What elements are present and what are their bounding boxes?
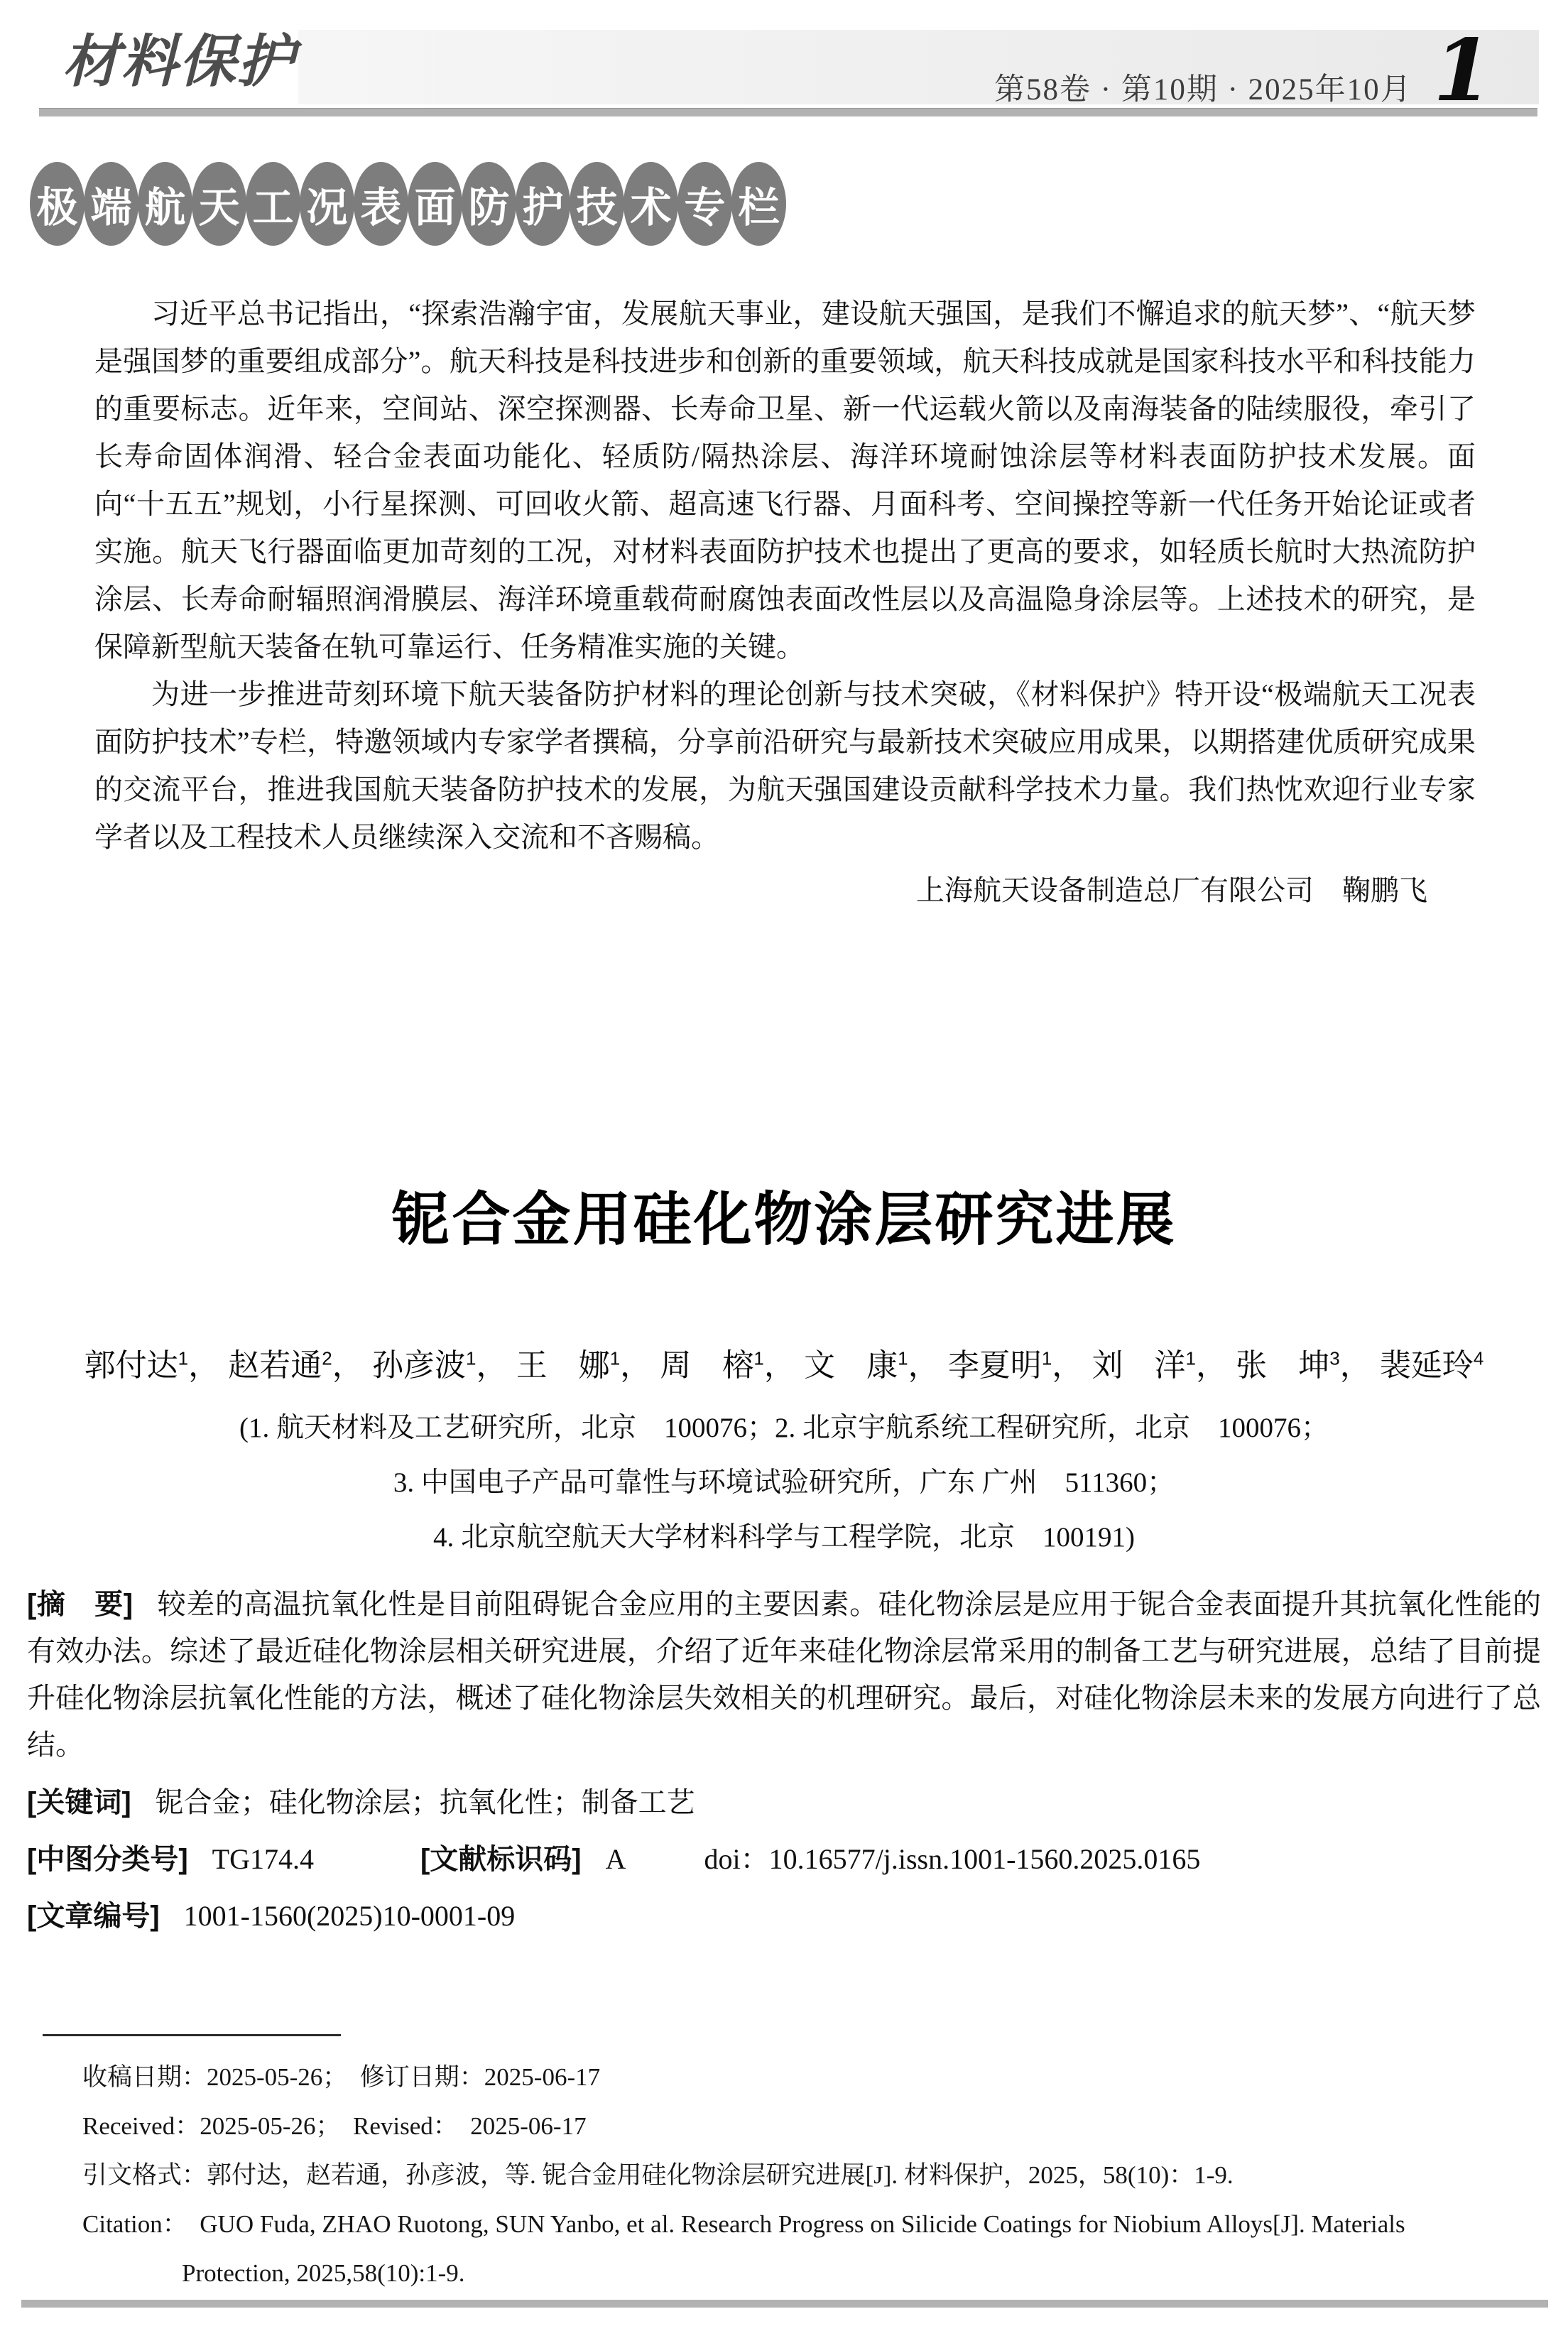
author: 文 康1，: [804, 1348, 939, 1383]
author-name: 郭付达: [85, 1348, 178, 1383]
author-name: 王 娜: [516, 1348, 610, 1383]
author-superscript: 1: [1042, 1347, 1052, 1369]
banner-oval: 工: [246, 162, 300, 246]
banner-oval: 端: [84, 162, 138, 246]
author-superscript: 4: [1474, 1347, 1483, 1369]
banner-oval: 况: [300, 162, 354, 246]
author-separator: ，: [620, 1348, 651, 1383]
banner-oval: 面: [408, 162, 462, 246]
author-superscript: 1: [898, 1347, 908, 1369]
banner-char: 技: [576, 174, 617, 234]
author: 李夏明1，: [948, 1348, 1083, 1383]
banner-char: 术: [630, 174, 671, 234]
header-rule: [39, 108, 1537, 116]
banner-oval: 护: [516, 162, 570, 246]
author-superscript: 1: [610, 1347, 620, 1369]
author-separator: ，: [908, 1348, 940, 1383]
banner-char: 况: [306, 174, 347, 234]
editorial-preface: 习近平总书记指出，“探索浩瀚宇宙，发展航天事业，建设航天强国，是我们不懈追求的航…: [94, 290, 1476, 861]
author: 王 娜1，: [516, 1348, 651, 1383]
banner-char: 专: [684, 174, 725, 234]
banner-oval: 航: [138, 162, 192, 246]
clc-value: TG174.4: [212, 1843, 314, 1875]
authors-line: 郭付达1， 赵若通2， 孙彦波1， 王 娜1， 周 榕1， 文 康1， 李夏明1…: [0, 1340, 1568, 1385]
banner-char: 航: [144, 174, 185, 234]
affiliations: (1. 航天材料及工艺研究所，北京 100076；2. 北京宇航系统工程研究所，…: [0, 1401, 1568, 1565]
author-name: 李夏明: [948, 1348, 1042, 1383]
banner-oval: 防: [462, 162, 516, 246]
author-separator: ，: [476, 1348, 507, 1383]
affiliation-line: (1. 航天材料及工艺研究所，北京 100076；2. 北京宇航系统工程研究所，…: [0, 1401, 1568, 1455]
banner-oval: 表: [354, 162, 408, 246]
abstract-block: [摘 要]较差的高温抗氧化性是目前阻碍铌合金应用的主要因素。硅化物涂层是应用于铌…: [27, 1581, 1541, 1768]
affiliation-line: 4. 北京航空航天大学材料科学与工程学院，北京 100191): [0, 1510, 1568, 1565]
article-title: 铌合金用硅化物涂层研究进展: [0, 1173, 1568, 1256]
editorial-attribution: 上海航天设备制造总厂有限公司 鞠鹏飞: [916, 868, 1427, 908]
banner-char: 栏: [738, 174, 779, 234]
author-separator: ，: [1340, 1348, 1371, 1383]
author-name: 裴延玲: [1380, 1348, 1474, 1383]
page-number: 1: [1433, 28, 1493, 114]
author-superscript: 1: [1186, 1347, 1196, 1369]
author-separator: ，: [1052, 1348, 1083, 1383]
footnote-citation-en-line2: Protection, 2025,58(10):1-9.: [82, 2249, 1538, 2298]
author-name: 张 坤: [1236, 1348, 1329, 1383]
article-id-label: [文章编号]: [27, 1901, 160, 1932]
footnote-divider: [43, 2034, 341, 2036]
author-name: 刘 洋: [1092, 1348, 1186, 1383]
author-name: 赵若通: [228, 1348, 322, 1383]
author-superscript: 1: [753, 1347, 763, 1369]
editorial-paragraph-1: 习近平总书记指出，“探索浩瀚宇宙，发展航天事业，建设航天强国，是我们不懈追求的航…: [94, 290, 1476, 670]
banner-char: 面: [414, 174, 455, 234]
doi-text: doi：10.16577/j.issn.1001-1560.2025.0165: [704, 1843, 1201, 1875]
bottom-rule: [21, 2300, 1548, 2308]
author-separator: ，: [764, 1348, 795, 1383]
banner-char: 端: [90, 174, 131, 234]
keywords-label: [关键词]: [27, 1787, 131, 1818]
issue-info: 第58卷 · 第10期 · 2025年10月: [994, 65, 1412, 109]
journal-logo: 材料保护: [62, 34, 295, 91]
footnote-citation-en-line1: Citation： GUO Fuda, ZHAO Ruotong, SUN Ya…: [82, 2200, 1538, 2249]
author-separator: ，: [1196, 1348, 1227, 1383]
footnote-received-en: Received：2025-05-26； Revised： 2025-06-17: [82, 2102, 1538, 2151]
banner-char: 护: [522, 174, 563, 234]
author-name: 文 康: [804, 1348, 898, 1383]
author: 周 榕1，: [660, 1348, 795, 1383]
classification-row: [中图分类号]TG174.4[文献标识码]Adoi：10.16577/j.iss…: [27, 1837, 1541, 1877]
author-superscript: 1: [466, 1347, 476, 1369]
footnote-block: 收稿日期：2025-05-26； 修订日期：2025-06-17 Receive…: [82, 2053, 1538, 2298]
author: 刘 洋1，: [1092, 1348, 1227, 1383]
editorial-paragraph-2: 为进一步推进苛刻环境下航天装备防护材料的理论创新与技术突破，《材料保护》特开设“…: [94, 670, 1476, 861]
article-id-value: 1001-1560(2025)10-0001-09: [184, 1900, 516, 1932]
author-name: 孙彦波: [372, 1348, 466, 1383]
author: 赵若通2，: [228, 1348, 363, 1383]
keywords-row: [关键词]铌合金；硅化物涂层；抗氧化性；制备工艺: [27, 1780, 1541, 1820]
banner-oval: 专: [677, 162, 732, 246]
footnote-received-cn: 收稿日期：2025-05-26； 修订日期：2025-06-17: [82, 2053, 1538, 2102]
article-id-row: [文章编号]1001-1560(2025)10-0001-09: [27, 1893, 1541, 1934]
author: 郭付达1，: [85, 1348, 219, 1383]
banner-char: 极: [36, 174, 77, 234]
banner-char: 表: [360, 174, 401, 234]
author: 裴延玲4: [1380, 1348, 1483, 1383]
banner-char: 天: [198, 174, 239, 234]
abstract-text: 较差的高温抗氧化性是目前阻碍铌合金应用的主要因素。硅化物涂层是应用于铌合金表面提…: [27, 1588, 1541, 1761]
author-name: 周 榕: [660, 1348, 753, 1383]
banner-char: 工: [252, 174, 293, 234]
doc-code-label: [文献标识码]: [420, 1844, 582, 1875]
special-column-banner: 极 端 航 天 工 况 表 面 防 护 技 术 专 栏: [30, 162, 785, 246]
banner-oval: 极: [30, 162, 85, 246]
author: 张 坤3，: [1236, 1348, 1371, 1383]
abstract-label: [摘 要]: [27, 1589, 133, 1620]
author-superscript: 1: [178, 1347, 188, 1369]
banner-char: 防: [468, 174, 509, 234]
banner-oval: 栏: [731, 162, 786, 246]
banner-oval: 术: [624, 162, 678, 246]
journal-page: 材料保护 第58卷 · 第10期 · 2025年10月 1 极 端 航 天 工 …: [0, 0, 1568, 2331]
keywords-text: 铌合金；硅化物涂层；抗氧化性；制备工艺: [156, 1786, 695, 1818]
author-superscript: 3: [1329, 1347, 1339, 1369]
author-separator: ，: [332, 1348, 364, 1383]
author-separator: ，: [188, 1348, 219, 1383]
author-superscript: 2: [322, 1347, 332, 1369]
clc-label: [中图分类号]: [27, 1844, 188, 1875]
author: 孙彦波1，: [372, 1348, 507, 1383]
affiliation-line: 3. 中国电子产品可靠性与环境试验研究所，广东 广州 511360；: [0, 1455, 1568, 1510]
doc-code-value: A: [606, 1843, 626, 1875]
banner-oval: 天: [192, 162, 246, 246]
footnote-citation-cn: 引文格式：郭付达，赵若通，孙彦波，等. 铌合金用硅化物涂层研究进展[J]. 材料…: [82, 2151, 1538, 2200]
banner-oval: 技: [570, 162, 624, 246]
